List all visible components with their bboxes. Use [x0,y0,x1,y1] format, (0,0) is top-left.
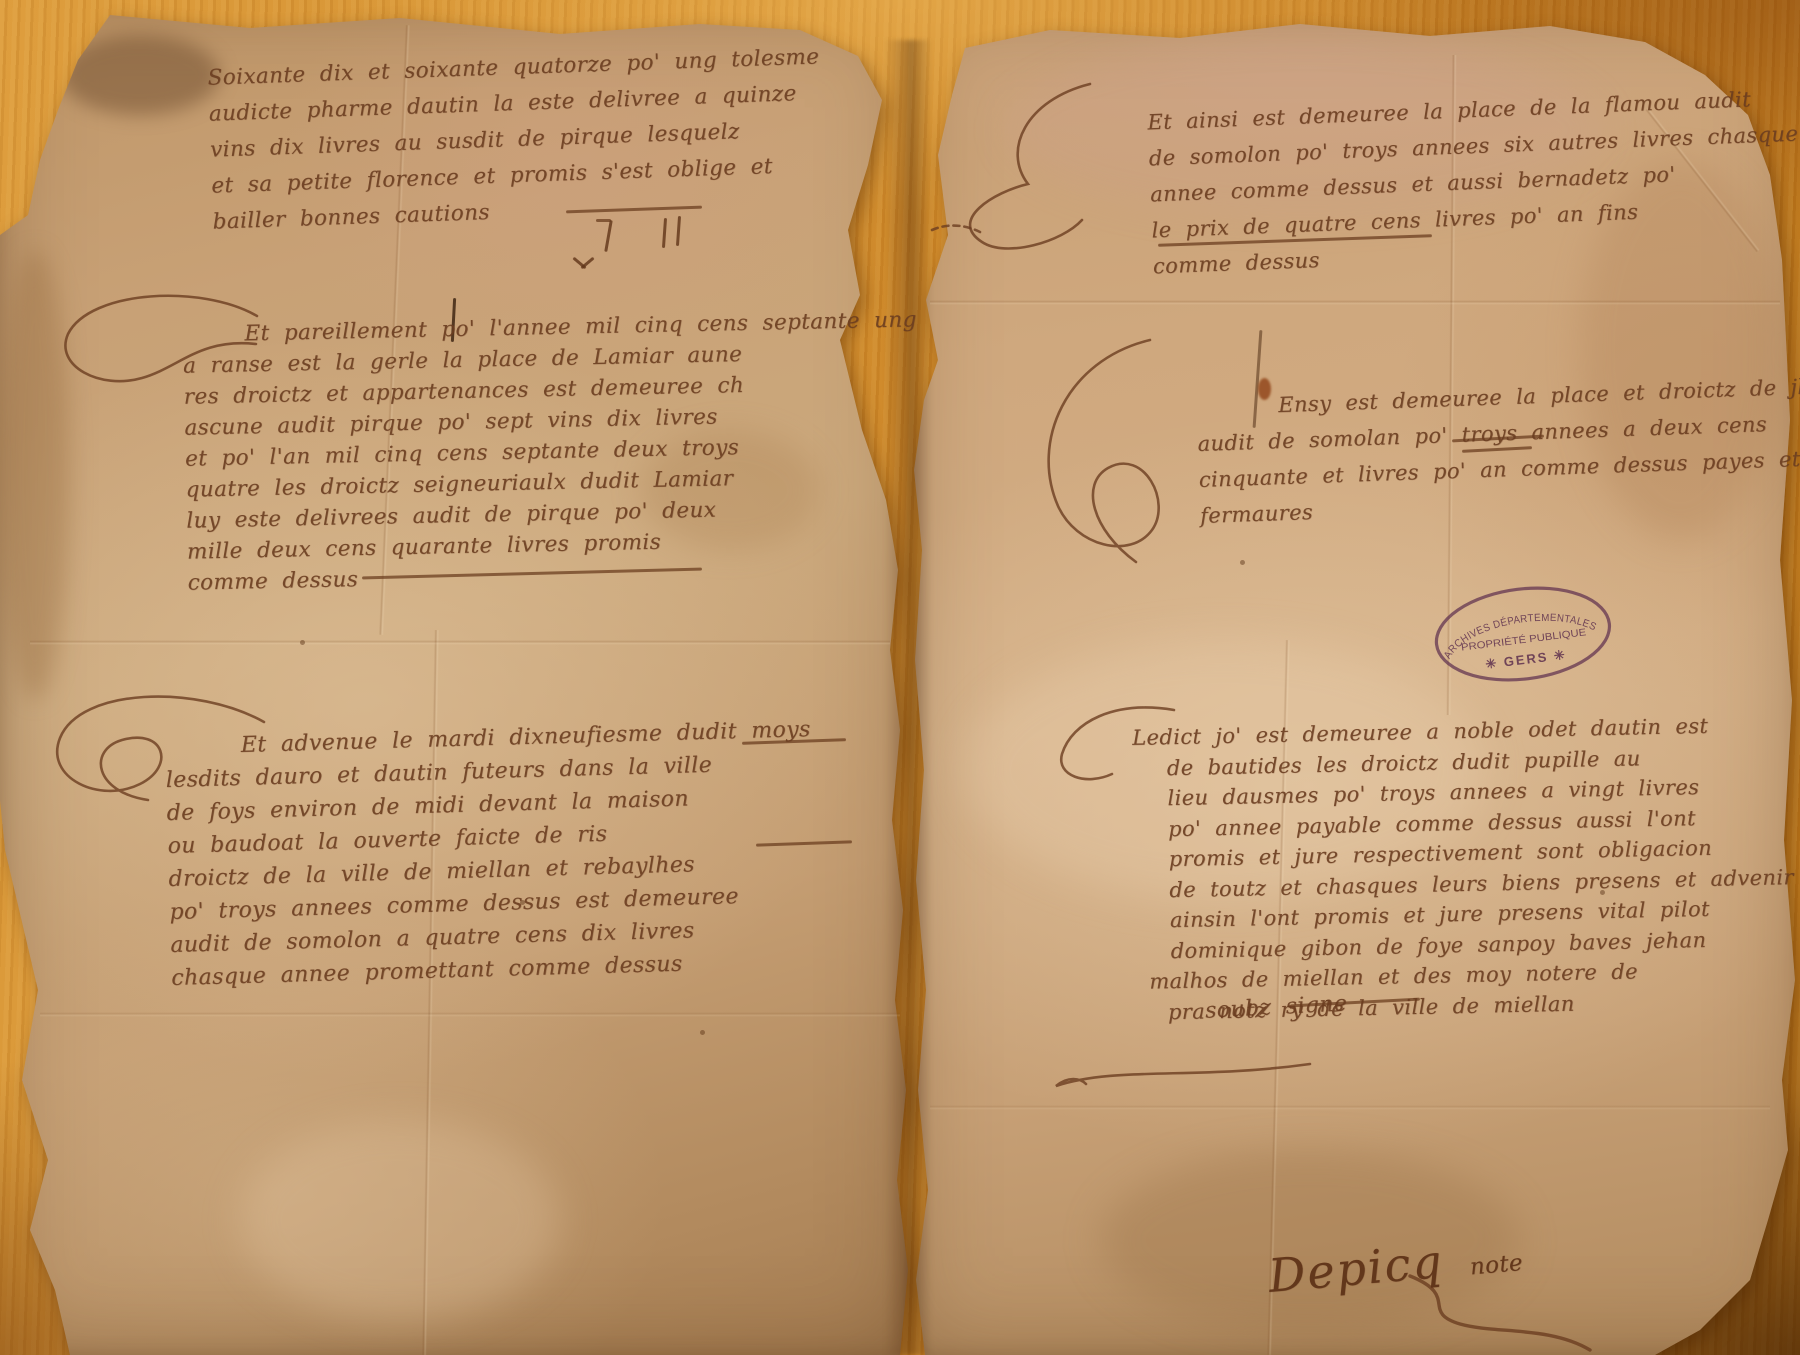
stamp-line3: ✳ GERS ✳ [1485,647,1568,672]
right-paragraph-3: Ledict jo' est demeuree a noble odet dau… [1132,709,1797,1028]
left-paragraph-2: Et pareillement po' l'annee mil cinq cen… [182,304,922,598]
right-paragraph-2: Ensy est demeuree la place et droictz de… [1196,366,1800,534]
initial-flourish [1022,322,1217,587]
ink-speck [700,1030,705,1035]
fold-crease [930,1105,1770,1110]
fold-crease [930,300,1780,305]
ink-speck [300,640,305,645]
page-gap-shadow [884,40,932,1355]
photo-manuscript-double-page: Soixante dix et soixante quatorze po' un… [0,0,1800,1355]
left-paragraph-3: Et advenue le mardi dixneufiesme dudit m… [164,713,817,995]
signature-title: note [1469,1250,1524,1281]
left-paragraph-1: Soixante dix et soixante quatorze po' un… [207,39,825,240]
fold-crease [30,640,890,645]
fold-crease [40,1012,900,1017]
paper-stain [60,35,220,115]
paraph-flourish [1046,1056,1316,1098]
paper-stain [240,1120,560,1320]
right-paragraph-1: Et ainsi est demeuree la place de la fla… [1147,80,1800,285]
ink-speck [1240,560,1245,565]
initial-flourish [930,72,1145,267]
